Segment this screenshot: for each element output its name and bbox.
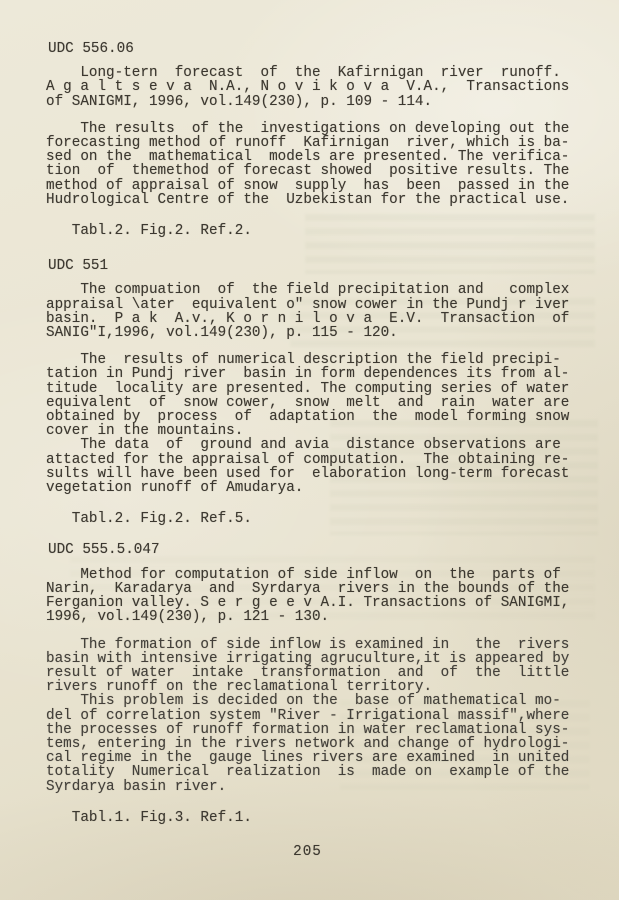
abstract-text: The formation of side inflow is examined… <box>46 638 593 794</box>
text-line: sults will have been used for elaboratio… <box>46 467 593 481</box>
text-line: vegetation runoff of Amudarya. <box>46 481 593 495</box>
text-line: totality Numerical realization is made o… <box>46 765 593 779</box>
reference-summary: Tabl.2. Fig.2. Ref.5. <box>46 512 593 526</box>
citation: The compuation of the field precipitatio… <box>46 283 593 340</box>
reference-summary: Tabl.2. Fig.2. Ref.2. <box>46 224 593 238</box>
page-number: 205 <box>46 845 569 859</box>
text-line: Method for computation of side inflow on… <box>46 568 593 582</box>
scanned-abstract-page: UDC 556.06 Long-tern forecast of the Kaf… <box>0 0 619 900</box>
abstract-text: The results of numerical description the… <box>46 353 593 495</box>
text-line: The formation of side inflow is examined… <box>46 638 593 652</box>
text-line: basin. P a k A.v., K o r n i l o v a E.V… <box>46 312 593 326</box>
text-line: basin with intensive irrigating agrucult… <box>46 652 593 666</box>
citation: Method for computation of side inflow on… <box>46 568 593 625</box>
text-line: of SANIGMI, 1996, vol.149(230), p. 109 -… <box>46 95 593 109</box>
text-line: titude locality are presented. The compu… <box>46 382 593 396</box>
abstract-entry: UDC 555.5.047 Method for computation of … <box>46 543 593 824</box>
udc-code: UDC 556.06 <box>48 42 593 56</box>
text-line: Narin, Karadarya and Syrdarya rivers in … <box>46 582 593 596</box>
udc-code: UDC 551 <box>48 259 593 273</box>
citation: Long-tern forecast of the Kafirnigan riv… <box>46 66 593 109</box>
text-line: This problem is decided on the base of m… <box>46 694 593 708</box>
text-line: appraisal \ater equivalent o" snow cower… <box>46 298 593 312</box>
text-line: A g a l t s e v a N.A., N o v i k o v a … <box>46 80 593 94</box>
text-line: attacted for the appraisal of computatio… <box>46 453 593 467</box>
text-line: result of water intake transformation an… <box>46 666 593 680</box>
text-line: SANIG"I,1996, vol.149(230), p. 115 - 120… <box>46 326 593 340</box>
text-line: tems, entering in the rivers network and… <box>46 737 593 751</box>
text-line: tion of themethod of forecast showed pos… <box>46 164 593 178</box>
text-line: method of appraisal of snow supply has b… <box>46 179 593 193</box>
text-line: Syrdarya basin river. <box>46 780 593 794</box>
text-line: The data of ground and avia distance obs… <box>46 438 593 452</box>
abstract-entry: UDC 556.06 Long-tern forecast of the Kaf… <box>46 42 593 238</box>
text-line: del of correlation system "River - Irrig… <box>46 709 593 723</box>
abstract-entry: UDC 551 The compuation of the field prec… <box>46 259 593 526</box>
abstract-text: The results of the investigations on dev… <box>46 122 593 207</box>
text-line: equivalent of snow cower, snow melt and … <box>46 396 593 410</box>
text-line: tation in Pundj river basin in form depe… <box>46 367 593 381</box>
text-line: The compuation of the field precipitatio… <box>46 283 593 297</box>
text-line: The results of the investigations on dev… <box>46 122 593 136</box>
text-line: the processes of runoff formation in wat… <box>46 723 593 737</box>
text-line: 1996, vol.149(230), p. 121 - 130. <box>46 610 593 624</box>
udc-code: UDC 555.5.047 <box>48 543 593 557</box>
reference-summary: Tabl.1. Fig.3. Ref.1. <box>46 811 593 825</box>
text-line: Hudrological Centre of the Uzbekistan fo… <box>46 193 593 207</box>
